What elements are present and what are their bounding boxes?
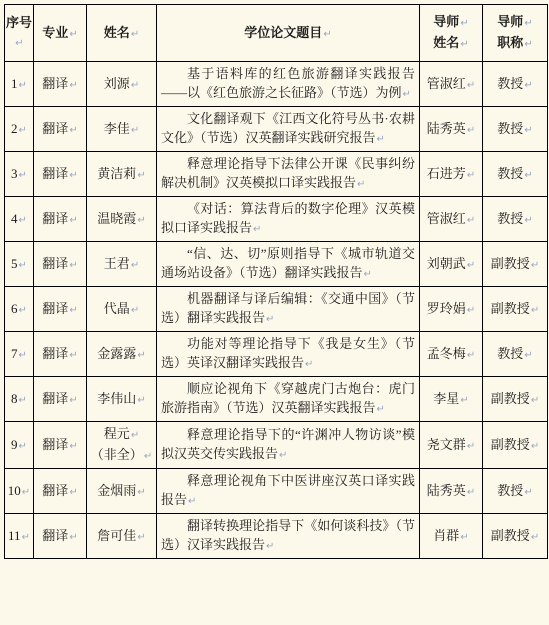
header-advisor-rank: 导师职称 (483, 5, 548, 62)
rank-text: 教授 (485, 164, 545, 185)
serial-text: 2 (7, 119, 31, 140)
paragraph-text: 詹可佳 (89, 526, 154, 547)
cell-name: 詹可佳 (87, 514, 157, 559)
paragraph-text: 导师 (421, 12, 481, 33)
table-row: 2 翻译 李佳 文化翻译观下《江西文化符号丛书·农耕文化》（节选）汉英翻译实践研… (5, 107, 548, 152)
cell-advisor: 肖群 (420, 514, 483, 559)
thesis-table: 序号 专业 姓名 学位论文题目 导师姓名 导师职称 1 翻译 刘源 基于语料库的… (4, 4, 548, 559)
header-name: 姓名 (87, 5, 157, 62)
cell-major: 翻译 (34, 514, 87, 559)
header-thesis-title: 学位论文题目 (157, 5, 420, 62)
paragraph-text: 功能对等理论指导下《我是女生》（节选）英译汉翻译实践报告 (161, 334, 415, 374)
cell-serial: 2 (5, 107, 34, 152)
cell-major: 翻译 (34, 469, 87, 514)
cell-major: 翻译 (34, 152, 87, 197)
cell-serial: 10 (5, 469, 34, 514)
header-major: 专业 (34, 5, 87, 62)
cell-thesis-title: 翻译转换理论指导下《如何谈科技》（节选）汉译实践报告 (157, 514, 420, 559)
advisor-text: 陆秀英 (422, 481, 480, 502)
table-row: 11 翻译 詹可佳 翻译转换理论指导下《如何谈科技》（节选）汉译实践报告 肖群 … (5, 514, 548, 559)
cell-advisor: 陆秀英 (420, 469, 483, 514)
cell-major: 翻译 (34, 332, 87, 377)
cell-name: 代晶 (87, 287, 157, 332)
major-text: 翻译 (36, 209, 84, 230)
serial-text: 3 (7, 164, 31, 185)
serial-text: 9 (7, 435, 31, 456)
cell-thesis-title: “信、达、切”原则指导下《城市轨道交通场站设备》（节选）翻译实践报告 (157, 242, 420, 287)
cell-rank: 教授 (483, 62, 548, 107)
rank-text: 教授 (485, 119, 545, 140)
header-advisor-name: 导师姓名 (420, 5, 483, 62)
table-row: 6 翻译 代晶 机器翻译与译后编辑：《交通中国》（节选）翻译实践报告 罗玲娟 副… (5, 287, 548, 332)
paragraph-text: 文化翻译观下《江西文化符号丛书·农耕文化》（节选）汉英翻译实践研究报告 (161, 109, 415, 149)
cell-name: 温晓霞 (87, 197, 157, 242)
cell-serial: 4 (5, 197, 34, 242)
cell-major: 翻译 (34, 242, 87, 287)
paragraph-text: 序号 (6, 13, 32, 53)
cell-thesis-title: 基于语料库的红色旅游翻译实践报告——以《红色旅游之长征路》（节选）为例 (157, 62, 420, 107)
paragraph-text: 李伟山 (89, 389, 154, 410)
rank-text: 副教授 (485, 435, 545, 456)
rank-text: 教授 (485, 344, 545, 365)
table-row: 7 翻译 金露露 功能对等理论指导下《我是女生》（节选）英译汉翻译实践报告 孟冬… (5, 332, 548, 377)
serial-text: 11 (7, 526, 31, 547)
cell-advisor: 刘朝武 (420, 242, 483, 287)
rank-text: 副教授 (485, 389, 545, 410)
paragraph-text: 导师 (484, 12, 546, 33)
paragraph-text: 温晓霞 (89, 209, 154, 230)
table-row: 8 翻译 李伟山 顺应论视角下《穿越虎门古炮台：虎门旅游指南》（节选）汉英翻译实… (5, 377, 548, 422)
paragraph-text: 《对话：算法背后的数字伦理》汉英模拟口译实践报告 (161, 199, 415, 239)
table-row: 4 翻译 温晓霞 《对话：算法背后的数字伦理》汉英模拟口译实践报告 管淑红 教授 (5, 197, 548, 242)
cell-rank: 副教授 (483, 377, 548, 422)
cell-advisor: 管淑红 (420, 197, 483, 242)
cell-name: 金露露 (87, 332, 157, 377)
header-serial: 序号 (5, 5, 34, 62)
cell-serial: 5 (5, 242, 34, 287)
advisor-text: 石进芳 (422, 164, 480, 185)
cell-thesis-title: 释意理论视角下中医讲座汉英口译实践报告 (157, 469, 420, 514)
cell-major: 翻译 (34, 287, 87, 332)
major-text: 翻译 (36, 526, 84, 547)
table-row: 5 翻译 王君 “信、达、切”原则指导下《城市轨道交通场站设备》（节选）翻译实践… (5, 242, 548, 287)
table-row: 9 翻译 程元（非全） 释意理论指导下的“许渊冲人物访谈”模拟汉英交传实践报告 … (5, 422, 548, 469)
serial-text: 8 (7, 389, 31, 410)
header-row: 序号 专业 姓名 学位论文题目 导师姓名 导师职称 (5, 5, 548, 62)
cell-thesis-title: 文化翻译观下《江西文化符号丛书·农耕文化》（节选）汉英翻译实践研究报告 (157, 107, 420, 152)
cell-major: 翻译 (34, 62, 87, 107)
cell-serial: 9 (5, 422, 34, 469)
rank-text: 副教授 (485, 299, 545, 320)
cell-advisor: 孟冬梅 (420, 332, 483, 377)
major-text: 翻译 (36, 164, 84, 185)
paragraph-text: 姓名 (88, 23, 155, 44)
advisor-text: 陆秀英 (422, 119, 480, 140)
cell-serial: 6 (5, 287, 34, 332)
cell-rank: 副教授 (483, 514, 548, 559)
rank-text: 教授 (485, 74, 545, 95)
paragraph-text: 释意理论指导下的“许渊冲人物访谈”模拟汉英交传实践报告 (161, 425, 415, 465)
rank-text: 副教授 (485, 526, 545, 547)
paragraph-text: 金露露 (89, 344, 154, 365)
cell-rank: 副教授 (483, 422, 548, 469)
advisor-text: 李星 (422, 389, 480, 410)
serial-text: 1 (7, 74, 31, 95)
paragraph-text: 释意理论视角下中医讲座汉英口译实践报告 (161, 471, 415, 511)
cell-rank: 副教授 (483, 242, 548, 287)
cell-serial: 1 (5, 62, 34, 107)
major-text: 翻译 (36, 74, 84, 95)
cell-name: 王君 (87, 242, 157, 287)
paragraph-text: 翻译转换理论指导下《如何谈科技》（节选）汉译实践报告 (161, 516, 415, 556)
serial-text: 10 (7, 481, 31, 502)
cell-rank: 教授 (483, 107, 548, 152)
cell-advisor: 李星 (420, 377, 483, 422)
paragraph-text: 王君 (89, 254, 154, 275)
paragraph-text: 职称 (484, 33, 546, 54)
cell-name: 李伟山 (87, 377, 157, 422)
cell-rank: 教授 (483, 152, 548, 197)
paragraph-text: 程元 (89, 424, 154, 445)
paragraph-text: “信、达、切”原则指导下《城市轨道交通场站设备》（节选）翻译实践报告 (161, 244, 415, 284)
paragraph-text: 专业 (35, 23, 85, 44)
cell-advisor: 罗玲娟 (420, 287, 483, 332)
paragraph-text: 黄洁莉 (89, 164, 154, 185)
cell-major: 翻译 (34, 107, 87, 152)
cell-thesis-title: 功能对等理论指导下《我是女生》（节选）英译汉翻译实践报告 (157, 332, 420, 377)
cell-thesis-title: 顺应论视角下《穿越虎门古炮台：虎门旅游指南》（节选）汉英翻译实践报告 (157, 377, 420, 422)
cell-major: 翻译 (34, 377, 87, 422)
advisor-text: 管淑红 (422, 209, 480, 230)
cell-name: 程元（非全） (87, 422, 157, 469)
paragraph-text: 基于语料库的红色旅游翻译实践报告——以《红色旅游之长征路》（节选）为例 (161, 64, 415, 104)
paragraph-text: 姓名 (421, 33, 481, 54)
paragraph-text: 刘源 (89, 74, 154, 95)
table-row: 3 翻译 黄洁莉 释意理论指导下法律公开课《民事纠纷解决机制》汉英模拟口译实践报… (5, 152, 548, 197)
advisor-text: 管淑红 (422, 74, 480, 95)
advisor-text: 孟冬梅 (422, 344, 480, 365)
major-text: 翻译 (36, 119, 84, 140)
advisor-text: 刘朝武 (422, 254, 480, 275)
major-text: 翻译 (36, 481, 84, 502)
cell-name: 金烟雨 (87, 469, 157, 514)
cell-serial: 11 (5, 514, 34, 559)
paragraph-text: 顺应论视角下《穿越虎门古炮台：虎门旅游指南》（节选）汉英翻译实践报告 (161, 379, 415, 419)
major-text: 翻译 (36, 344, 84, 365)
paragraph-text: 李佳 (89, 119, 154, 140)
paragraph-text: 金烟雨 (89, 481, 154, 502)
cell-rank: 教授 (483, 469, 548, 514)
cell-name: 黄洁莉 (87, 152, 157, 197)
serial-text: 5 (7, 254, 31, 275)
cell-rank: 教授 (483, 197, 548, 242)
serial-text: 4 (7, 209, 31, 230)
paragraph-text: 代晶 (89, 299, 154, 320)
paragraph-text: （非全） (89, 445, 154, 466)
major-text: 翻译 (36, 435, 84, 456)
cell-major: 翻译 (34, 197, 87, 242)
cell-serial: 8 (5, 377, 34, 422)
major-text: 翻译 (36, 389, 84, 410)
rank-text: 副教授 (485, 254, 545, 275)
cell-rank: 副教授 (483, 287, 548, 332)
cell-serial: 3 (5, 152, 34, 197)
cell-advisor: 管淑红 (420, 62, 483, 107)
paragraph-text: 机器翻译与译后编辑：《交通中国》（节选）翻译实践报告 (161, 289, 415, 329)
paragraph-text: 学位论文题目 (158, 23, 418, 44)
cell-name: 李佳 (87, 107, 157, 152)
cell-advisor: 尧文群 (420, 422, 483, 469)
cell-thesis-title: 释意理论指导下的“许渊冲人物访谈”模拟汉英交传实践报告 (157, 422, 420, 469)
cell-name: 刘源 (87, 62, 157, 107)
rank-text: 教授 (485, 481, 545, 502)
rank-text: 教授 (485, 209, 545, 230)
major-text: 翻译 (36, 254, 84, 275)
serial-text: 6 (7, 299, 31, 320)
cell-advisor: 石进芳 (420, 152, 483, 197)
advisor-text: 罗玲娟 (422, 299, 480, 320)
cell-advisor: 陆秀英 (420, 107, 483, 152)
cell-major: 翻译 (34, 422, 87, 469)
cell-rank: 教授 (483, 332, 548, 377)
major-text: 翻译 (36, 299, 84, 320)
table-row: 10 翻译 金烟雨 释意理论视角下中医讲座汉英口译实践报告 陆秀英 教授 (5, 469, 548, 514)
advisor-text: 肖群 (422, 526, 480, 547)
table-row: 1 翻译 刘源 基于语料库的红色旅游翻译实践报告——以《红色旅游之长征路》（节选… (5, 62, 548, 107)
cell-serial: 7 (5, 332, 34, 377)
cell-thesis-title: 《对话：算法背后的数字伦理》汉英模拟口译实践报告 (157, 197, 420, 242)
cell-thesis-title: 机器翻译与译后编辑：《交通中国》（节选）翻译实践报告 (157, 287, 420, 332)
paragraph-text: 释意理论指导下法律公开课《民事纠纷解决机制》汉英模拟口译实践报告 (161, 154, 415, 194)
serial-text: 7 (7, 344, 31, 365)
cell-thesis-title: 释意理论指导下法律公开课《民事纠纷解决机制》汉英模拟口译实践报告 (157, 152, 420, 197)
advisor-text: 尧文群 (422, 435, 480, 456)
